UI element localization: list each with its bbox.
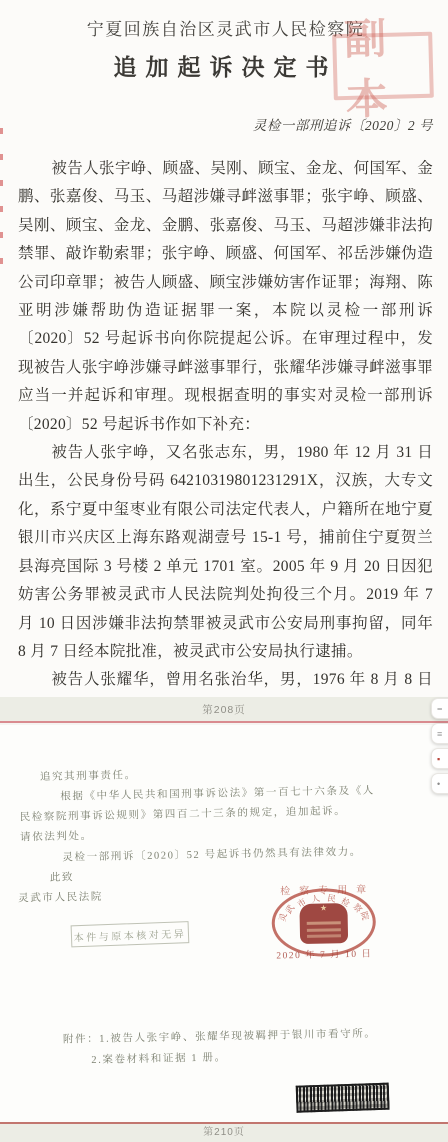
- attachment-line-2: 2.案卷材料和证据 1 册。: [91, 1049, 227, 1067]
- document-reader: { "page1": { "org_name": "宁夏回族自治区灵武市人民检察…: [0, 0, 448, 1142]
- minus-icon: −: [437, 704, 442, 714]
- copy-stamp: 副本: [332, 32, 434, 101]
- line-salutation: 此致: [50, 869, 74, 884]
- line-addressee-court: 灵武市人民法院: [18, 889, 103, 906]
- paragraph-defendant-zhangyuzheng: 被告人张宇峥，又名张志东，男，1980 年 12 月 31 日出生，公民身份号码…: [18, 439, 433, 666]
- line-indictment-validity: 灵检一部刑诉〔2020〕52 号起诉书仍然具有法律效力。: [62, 844, 362, 865]
- paragraph-defendants-charges: 被告人张宇峥、顾盛、吴刚、顾宝、金龙、何国军、金鹏、张嘉俊、马玉、马超涉嫌寻衅滋…: [18, 155, 433, 439]
- scanned-page-content: 追究其刑事责任。 根据《中华人民共和国刑事诉讼法》第一百七十六条及《人 民检察院…: [0, 725, 448, 1122]
- star-icon: ★: [320, 904, 327, 912]
- official-procuratorate-seal: 检察专用章 灵武市人民检察院 ★ 2020 年 7 月 10 日: [271, 888, 376, 958]
- emblem-lines: [307, 921, 341, 925]
- line-request-judgment: 请依法判处。: [20, 828, 93, 844]
- document-page-208: 宁夏回族自治区灵武市人民检察院 追加起诉决定书 副本 灵检一部刑追诉〔2020〕…: [0, 0, 448, 697]
- side-toolbar-button-bookmark[interactable]: ▪: [431, 748, 448, 769]
- side-toolbar-button-collapse[interactable]: −: [431, 698, 448, 719]
- scan-edge-artifact: [0, 128, 3, 268]
- menu-icon: ≡: [437, 729, 442, 739]
- bookmark-icon: ▪: [437, 754, 440, 764]
- line-legal-basis-1: 根据《中华人民共和国刑事诉讼法》第一百七十六条及《人: [60, 783, 375, 804]
- line-legal-basis-2: 民检察院刑事诉讼规则》第四百二十三条的规定，追加起诉。: [20, 803, 347, 824]
- verification-stamp: 本件与原本核对无异: [71, 921, 190, 947]
- document-body: 被告人张宇峥、顾盛、吴刚、顾宝、金龙、何国军、金鹏、张嘉俊、马玉、马超涉嫌寻衅滋…: [18, 155, 433, 697]
- dot-icon: •: [437, 779, 440, 789]
- document-page-210: 追究其刑事责任。 根据《中华人民共和国刑事诉讼法》第一百七十六条及《人 民检察院…: [0, 725, 448, 1122]
- page-number-bar-208: 第208页: [0, 697, 448, 723]
- barcode: [296, 1083, 390, 1113]
- page-number-bar-210: 第210页: [0, 1122, 448, 1142]
- attachment-line-1: 附件：1.被告人张宇峥、张耀华现被羁押于银川市看守所。: [63, 1026, 377, 1047]
- paragraph-defendant-zhangyaohua: 被告人张耀华，曾用名张治华，男，1976 年 8 月 8 日出生，公民身份号码 …: [18, 666, 433, 697]
- seal-date: 2020 年 7 月 10 日: [258, 945, 390, 962]
- side-toolbar-button-menu[interactable]: ≡: [431, 723, 448, 744]
- line-criminal-liability: 追究其刑事责任。: [40, 767, 137, 784]
- national-emblem-icon: ★: [299, 903, 348, 944]
- side-toolbar-button-more[interactable]: •: [431, 773, 448, 794]
